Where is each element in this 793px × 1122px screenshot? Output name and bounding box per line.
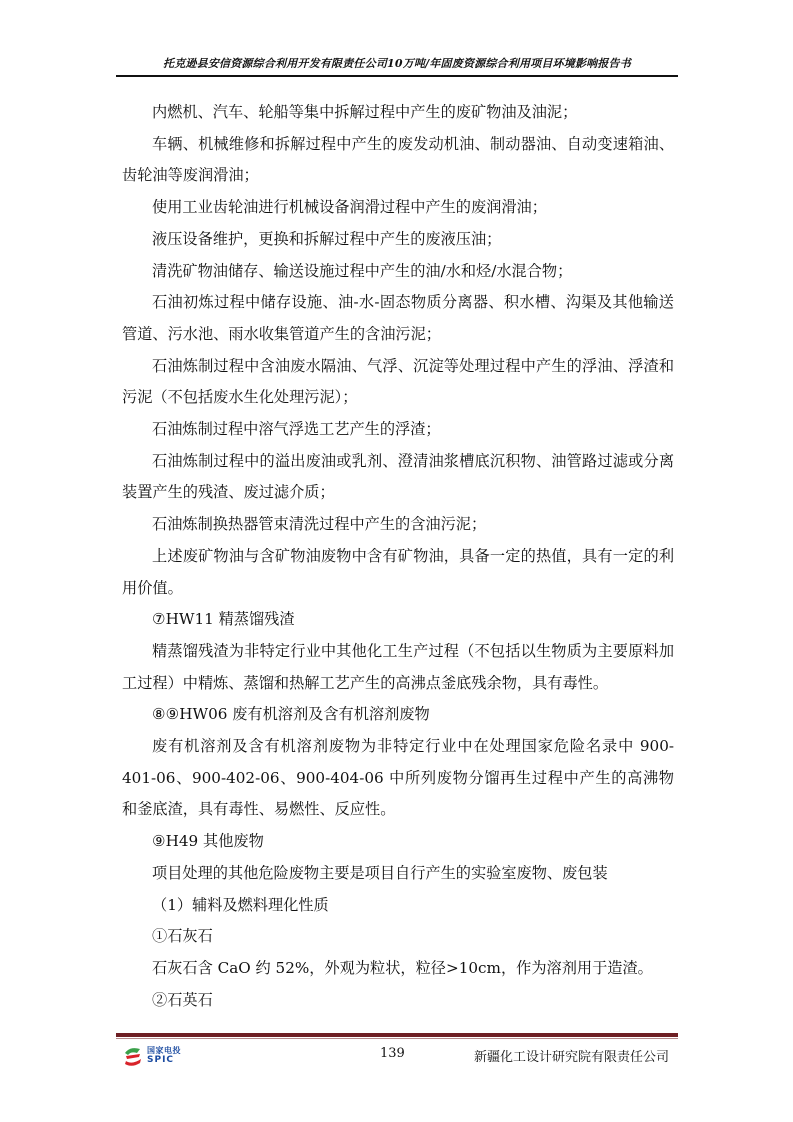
section-heading-hw06: ⑧⑨HW06 废有机溶剂及含有机溶剂废物 — [122, 699, 674, 731]
paragraph: 石油炼制换热器管束清洗过程中产生的含油污泥； — [122, 509, 674, 541]
paragraph: 液压设备维护，更换和拆解过程中产生的废液压油； — [122, 224, 674, 256]
paragraph: 石灰石含 CaO 约 52%，外观为粒状，粒径>10cm，作为溶剂用于造渣。 — [122, 953, 674, 985]
paragraph: 废有机溶剂及含有机溶剂废物为非特定行业中在处理国家危险名录中 900-401-0… — [122, 731, 674, 826]
spic-logo-icon — [122, 1045, 144, 1067]
section-heading-auxiliary-materials: （1）辅料及燃料理化性质 — [122, 890, 674, 922]
footer-company-name: 新疆化工设计研究院有限责任公司 — [474, 1046, 669, 1065]
logo-english-text: SPIC — [147, 1055, 174, 1065]
paragraph: 石油初炼过程中储存设施、油-水-固态物质分离器、积水槽、沟渠及其他输送管道、污水… — [122, 287, 674, 350]
subsection-heading-limestone: ①石灰石 — [122, 921, 674, 953]
subsection-heading-quartz: ②石英石 — [122, 985, 674, 1017]
document-body: 内燃机、汽车、轮船等集中拆解过程中产生的废矿物油及油泥； 车辆、机械维修和拆解过… — [122, 97, 674, 1016]
paragraph: 上述废矿物油与含矿物油废物中含有矿物油，具备一定的热值，具有一定的利用价值。 — [122, 541, 674, 604]
section-heading-hw11: ⑦HW11 精蒸馏残渣 — [122, 604, 674, 636]
paragraph: 石油炼制过程中的溢出废油或乳剂、澄清油浆槽底沉积物、油管路过滤或分离装置产生的残… — [122, 446, 674, 509]
spic-logo: 国家电投 SPIC — [122, 1043, 202, 1069]
paragraph: 车辆、机械维修和拆解过程中产生的废发动机油、制动器油、自动变速箱油、齿轮油等废润… — [122, 129, 674, 192]
paragraph: 精蒸馏残渣为非特定行业中其他化工生产过程（不包括以生物质为主要原料加工过程）中精… — [122, 636, 674, 699]
paragraph: 使用工业齿轮油进行机械设备润滑过程中产生的废润滑油； — [122, 192, 674, 224]
paragraph: 内燃机、汽车、轮船等集中拆解过程中产生的废矿物油及油泥； — [122, 97, 674, 129]
section-heading-h49: ⑨H49 其他废物 — [122, 826, 674, 858]
footer-rule — [116, 1033, 678, 1037]
page-number: 139 — [380, 1046, 405, 1061]
paragraph: 石油炼制过程中溶气浮选工艺产生的浮渣； — [122, 414, 674, 446]
paragraph: 清洗矿物油储存、输送设施过程中产生的油/水和烃/水混合物； — [122, 256, 674, 288]
footer-rule-thin — [116, 1038, 678, 1039]
paragraph: 项目处理的其他危险废物主要是项目自行产生的实验室废物、废包装 — [122, 858, 674, 890]
document-header-title: 托克逊县安信资源综合利用开发有限责任公司10万吨/年固废资源综合利用项目环境影响… — [116, 55, 678, 71]
paragraph: 石油炼制过程中含油废水隔油、气浮、沉淀等处理过程中产生的浮油、浮渣和污泥（不包括… — [122, 351, 674, 414]
header-rule — [116, 75, 678, 77]
